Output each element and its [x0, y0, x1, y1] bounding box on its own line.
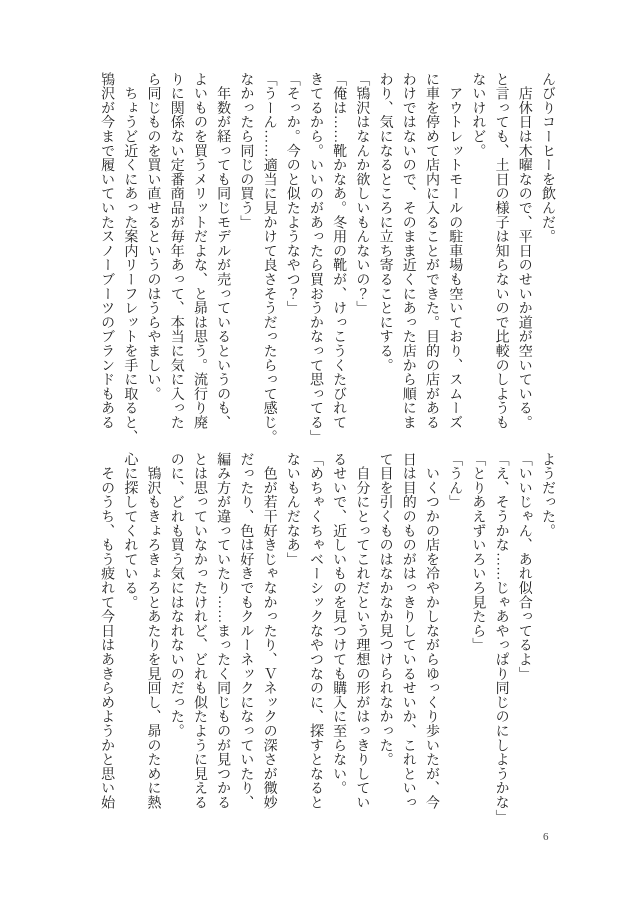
text-line: 「うーん……適当に見かけて良さそうだったらって感じ。: [257, 72, 280, 450]
text-line: ないもんだなあ」: [281, 452, 304, 830]
top-text-band: んびりコーヒーを飲んだ。 店休日は木曜なので、平日のせいか道が空いている。 と言…: [95, 72, 559, 450]
text-line: 年数が経っても同じモデルが売っているというのも、: [211, 72, 234, 450]
text-line: わけではないので、そのまま近くにあった店から順にま: [397, 72, 420, 450]
text-line: のに、どれも買う気にはなれないのだった。: [165, 452, 188, 830]
novel-page: んびりコーヒーを飲んだ。 店休日は木曜なので、平日のせいか道が空いている。 と言…: [0, 0, 630, 900]
text-line: 心に探してくれている。: [118, 452, 141, 830]
text-line: そのうち、もう疲れて今日はあきらめようかと思い始: [95, 452, 118, 830]
text-line: 鴇沢もきょろきょろとあたりを見回し、昴のために熱: [141, 452, 164, 830]
text-line: 「え、そうかな……じゃあやっぱり同じのにしようかな」: [489, 452, 512, 830]
text-line: きてるから。いいのがあったら買おうかなって思ってる」: [304, 72, 327, 450]
text-line: だったり、色は好きでもクルーネックになっていたり、: [234, 452, 257, 830]
text-line: とは思っていなかったけれど、どれも似たように見える: [188, 452, 211, 830]
text-line: ようだった。: [536, 452, 559, 830]
text-line: アウトレットモールの駐車場も空いており、スムーズ: [443, 72, 466, 450]
text-line: 「めちゃくちゃベーシックなやつなのに、探すとなると: [304, 452, 327, 830]
text-line: 「俺は……靴かなあ。冬用の靴が、けっこうくたびれて: [327, 72, 350, 450]
text-line: 「鴇沢はなんか欲しいもんないの？」: [350, 72, 373, 450]
page-number: 6: [543, 831, 549, 843]
text-line: よいものを買うメリットだよな、と昴は思う。流行り廃: [188, 72, 211, 450]
text-line: 「とりあえずいろいろ見たら」: [466, 452, 489, 830]
text-line: んびりコーヒーを飲んだ。: [536, 72, 559, 450]
text-line: ら同じものを買い直せるというのはうらやましい。: [141, 72, 164, 450]
text-line: るせいで、近しいものを見つけても購入に至らない。: [327, 452, 350, 830]
text-line: 「そっか。今のと似たようなやつ？」: [281, 72, 304, 450]
text-line: なかったら同じの買う」: [234, 72, 257, 450]
text-line: 「うん」: [443, 452, 466, 830]
text-line: 鴇沢が今まで履いていたスノーブーツのブランドもある: [95, 72, 118, 450]
text-line: ちょうど近くにあった案内リーフレットを手に取ると、: [118, 72, 141, 450]
text-line: 色が若干好きじゃなかったり、Ｖネックの深さが微妙: [257, 452, 280, 830]
text-line: 自分にとってこれだという理想の形がはっきりしてい: [350, 452, 373, 830]
text-line: に車を停めて店内に入ることができた。目的の店がある: [420, 72, 443, 450]
text-line: わり、気になるところに立ち寄ることにする。: [373, 72, 396, 450]
text-line: いくつかの店を冷やかしながらゆっくり歩いたが、今: [420, 452, 443, 830]
text-line: 「いいじゃん、あれ似合ってるよ」: [513, 452, 536, 830]
text-line: 店休日は木曜なので、平日のせいか道が空いている。: [513, 72, 536, 450]
text-line: と言っても、土日の様子は知らないので比較のしようも: [489, 72, 512, 450]
text-line: りに関係ない定番商品が毎年あって、本当に気に入った: [165, 72, 188, 450]
text-line: 編み方が違っていたり……まったく同じものが見つかる: [211, 452, 234, 830]
text-line: 日は目的のものがはっきりしているせいか、これといっ: [397, 452, 420, 830]
text-line: て目を引くものはなかなか見つけられなかった。: [373, 452, 396, 830]
bottom-text-band: ようだった。 「いいじゃん、あれ似合ってるよ」 「え、そうかな……じゃあやっぱり…: [95, 452, 559, 830]
text-line: ないけれど。: [466, 72, 489, 450]
